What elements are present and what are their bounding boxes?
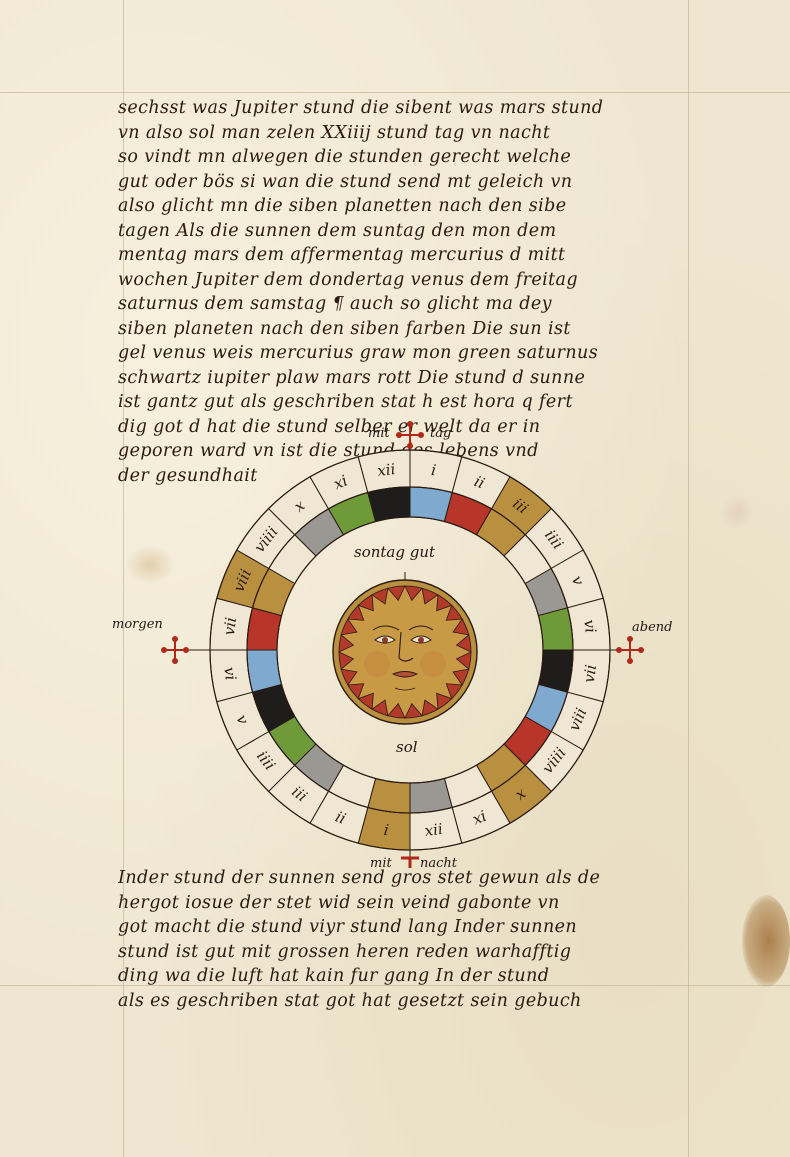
hour-numeral: xii — [424, 820, 444, 840]
label-morgen: morgen — [112, 617, 163, 632]
label-abend: abend — [632, 620, 672, 635]
label-sol: sol — [396, 738, 418, 756]
text-line: hergot iosue der stet wid sein veind gab… — [118, 891, 718, 916]
cross-icon-left — [161, 636, 189, 664]
hour-numeral: vii — [580, 663, 600, 683]
hour-numeral: xii — [376, 460, 396, 480]
text-line: ding wa die luft hat kain fur gang In de… — [118, 964, 718, 989]
text-line: stund ist gut mit grossen heren reden wa… — [118, 940, 718, 965]
cross-icon-top — [396, 421, 424, 449]
label-tag: tag — [430, 426, 451, 441]
sun-face-icon — [333, 580, 477, 724]
text-line: als es geschriben stat got hat gesetzt s… — [118, 989, 718, 1014]
label-sontag-gut: sontag gut — [354, 543, 435, 561]
manuscript-page: sechsst was Jupiter stund die sibent was… — [0, 0, 790, 1157]
label-mit-top: mit — [368, 426, 390, 441]
hour-numeral: vii — [220, 616, 240, 636]
cross-icon-right — [616, 636, 644, 664]
hour-numeral: vi — [220, 666, 240, 682]
hour-numeral: vi — [580, 619, 600, 635]
text-line: Inder stund der sunnen send gros stet ge… — [118, 866, 718, 891]
bottom-text-block: Inder stund der sunnen send gros stet ge… — [118, 866, 718, 1013]
text-line: got macht die stund viyr stund lang Inde… — [118, 915, 718, 940]
